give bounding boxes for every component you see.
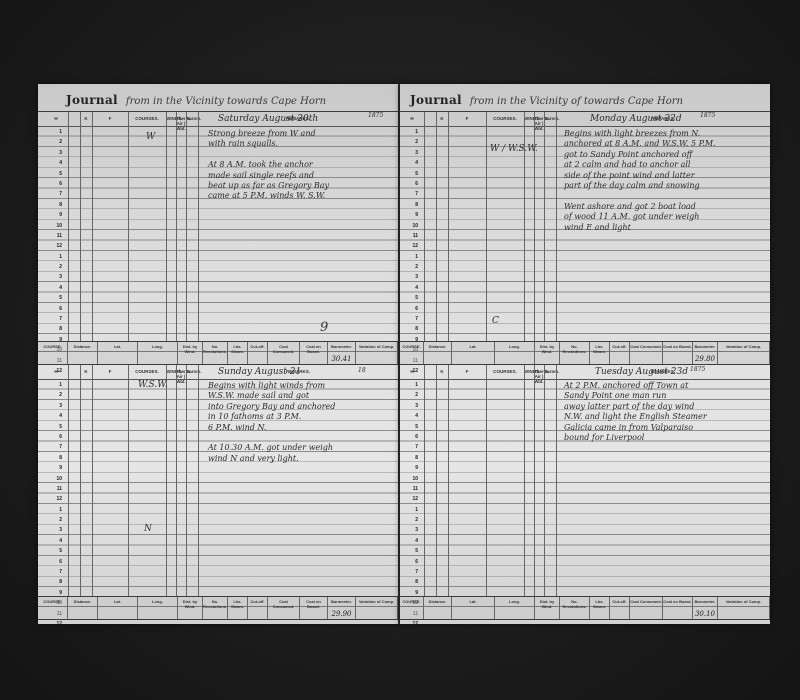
summary-label: Lbs. Steam. — [228, 599, 247, 609]
summary-cell: Distance. — [68, 342, 98, 364]
hour-label: 3 — [400, 524, 422, 534]
hour-label: 6 — [400, 431, 422, 441]
remark-line: 6 P.M. wind N. — [208, 423, 335, 433]
summary-cell: Coal on Board. — [663, 342, 693, 364]
hour-label: 3 — [38, 271, 66, 281]
remark-line: beat up as far as Gregory Bay — [208, 181, 329, 191]
hour-label: 3 — [38, 147, 66, 157]
summary-cell: Lat. — [452, 342, 495, 364]
column-divider — [198, 365, 199, 596]
summary-cell: Long. — [495, 342, 535, 364]
right-bottom-date: Tuesday August 23d — [595, 367, 688, 377]
remark-line — [208, 433, 335, 443]
hour-label: 6 — [38, 431, 66, 441]
hour-label: 2 — [400, 514, 422, 524]
hour-label: 7 — [400, 313, 422, 323]
left-bottom-wind-late: N — [144, 524, 152, 534]
left-bottom-date: Sunday August 21 — [218, 367, 301, 377]
hour-label: 8 — [400, 323, 422, 333]
column-header: H — [46, 116, 66, 121]
hour-label: 5 — [38, 421, 66, 431]
remark-line: bound for Liverpool — [564, 433, 707, 443]
column-header: WINDS. — [166, 369, 176, 374]
column-header: H — [46, 369, 66, 374]
hour-label: 2 — [38, 514, 66, 524]
column-divider — [186, 112, 187, 341]
hour-label: 8 — [400, 452, 422, 462]
column-header: K — [80, 369, 92, 374]
remark-line: At 10.30 A.M. got under weigh — [208, 443, 335, 453]
column-divider — [186, 365, 187, 596]
remark-line: anchored at 8 A.M. and W.S.W. 5 P.M. — [564, 139, 716, 149]
hour-label: 4 — [38, 410, 66, 420]
column-header-row: HKFCOURSES.WINDS.Therm. Air | Wat.Barom.… — [400, 365, 770, 380]
summary-label: Lat. — [98, 599, 137, 604]
hour-label: 5 — [400, 421, 422, 431]
hour-label: 10 — [38, 473, 66, 483]
hour-label: 8 — [38, 452, 66, 462]
column-header: WINDS. — [524, 116, 534, 121]
summary-cell: Cut-off. — [610, 597, 630, 619]
summary-cell: Lat. — [98, 342, 138, 364]
summary-cell: No. Revolutions. — [560, 597, 590, 619]
hour-label: 4 — [400, 410, 422, 420]
summary-cell: No. Revolutions. — [203, 597, 228, 619]
column-header: WINDS. — [524, 369, 534, 374]
summary-cell: Variation of Comp. — [718, 597, 770, 619]
column-header: COURSES. — [486, 369, 524, 374]
column-divider — [92, 112, 93, 341]
summary-cell: Coal Consumed. — [630, 342, 663, 364]
summary-label: Dist. by Wind. — [535, 344, 559, 354]
hour-label: 3 — [400, 400, 422, 410]
summary-label: COURSE. — [400, 344, 423, 349]
summary-value: 29.80 — [693, 355, 717, 363]
remark-line: Begins with light breezes from N. — [564, 129, 716, 139]
summary-label: Lbs. Steam. — [228, 344, 247, 354]
remark-line — [208, 150, 329, 160]
hour-label: 5 — [400, 292, 422, 302]
right-top-remarks: Begins with light breezes from N.anchore… — [564, 129, 716, 233]
column-divider — [68, 365, 69, 596]
remark-line — [564, 191, 716, 201]
remark-line: Galicia came in from Valparaiso — [564, 423, 707, 433]
summary-cell: Distance. — [424, 597, 452, 619]
left-top-summary-row: COURSE.Distance.Lat.Long.Dist. by Wind.N… — [38, 341, 398, 365]
left-bottom-wind: W.S.W. — [138, 380, 168, 390]
hour-label: 9 — [38, 209, 66, 219]
hour-column: 123456789101112123456789101112 — [400, 126, 422, 341]
hour-label: 2 — [400, 261, 422, 271]
column-divider — [80, 365, 81, 596]
summary-label: Coal on Board. — [663, 599, 692, 604]
hour-label: 4 — [38, 282, 66, 292]
hour-label: 6 — [38, 303, 66, 313]
remark-line: Strong breeze from W and — [208, 129, 329, 139]
hour-label: 11 — [400, 230, 422, 240]
hour-label: 7 — [38, 566, 66, 576]
remark-line: at 2 calm and had to anchor all — [564, 160, 716, 170]
summary-cell: COURSE. — [38, 342, 68, 364]
remark-line: got to Sandy Point anchored off — [564, 150, 716, 160]
summary-label: Lat. — [452, 599, 494, 604]
remark-line: N.W. and light the English Steamer — [564, 412, 707, 422]
right-top-date: Monday August 22d — [590, 114, 682, 124]
hour-label: 3 — [38, 400, 66, 410]
column-header: H — [402, 369, 422, 374]
summary-label: No. Revolutions. — [560, 344, 589, 354]
remark-line: into Gregory Bay and anchored — [208, 402, 335, 412]
summary-label: Barometer. — [328, 599, 355, 604]
remark-line: Sandy Point one man run — [564, 391, 707, 401]
hour-label: 7 — [400, 188, 422, 198]
summary-cell: Coal Consumed. — [268, 342, 300, 364]
remark-line: part of the day calm and snowing — [564, 181, 716, 191]
summary-label: Lat. — [98, 344, 137, 349]
column-divider — [80, 112, 81, 341]
hour-label: 12 — [38, 240, 66, 250]
summary-label: Coal Consumed. — [268, 599, 299, 609]
column-header: K — [80, 116, 92, 121]
hour-label: 9 — [38, 462, 66, 472]
column-divider — [556, 365, 557, 596]
column-header: Barom. — [544, 369, 556, 374]
summary-cell: Barometer.29.90 — [328, 597, 356, 619]
summary-cell: Cut-off. — [610, 342, 630, 364]
remark-line: Begins with light winds from — [208, 381, 335, 391]
summary-label: Long. — [138, 599, 177, 604]
hour-label: 5 — [400, 545, 422, 555]
column-header: WINDS. — [166, 116, 176, 121]
summary-value: 30.10 — [693, 610, 717, 618]
summary-label: Variation of Comp. — [718, 344, 769, 349]
summary-label: Distance. — [424, 344, 451, 349]
summary-label: Coal Consumed. — [268, 344, 299, 354]
remark-line: away latter part of the day wind — [564, 402, 707, 412]
hour-label: 7 — [38, 313, 66, 323]
summary-label: COURSE. — [38, 599, 67, 604]
hour-label: 1 — [400, 251, 422, 261]
summary-cell: COURSE. — [38, 597, 68, 619]
summary-cell: Lat. — [98, 597, 138, 619]
remark-line: wind E and light — [564, 223, 716, 233]
right-bottom-year: 1875 — [690, 366, 705, 373]
column-divider — [128, 112, 129, 341]
summary-cell: Cut-off. — [248, 597, 268, 619]
summary-label: Distance. — [68, 344, 97, 349]
hour-label: 11 — [38, 483, 66, 493]
hour-label: 4 — [400, 535, 422, 545]
hour-label: 12 — [400, 493, 422, 503]
summary-cell: Lat. — [452, 597, 495, 619]
summary-cell: Barometer.29.80 — [693, 342, 718, 364]
right-page: Journal from in the Vicinity of towards … — [400, 84, 770, 624]
column-header: K — [436, 369, 448, 374]
column-divider — [448, 112, 449, 341]
hour-label: 8 — [400, 576, 422, 586]
remark-line: W.S.W. made sail and got — [208, 391, 335, 401]
column-header: COURSES. — [128, 369, 166, 374]
column-header: Barom. — [186, 369, 198, 374]
summary-cell: Lbs. Steam. — [590, 342, 610, 364]
summary-cell: Coal on Board. — [663, 597, 693, 619]
hour-label: 8 — [38, 576, 66, 586]
summary-value: 29.90 — [328, 610, 355, 618]
column-divider — [448, 365, 449, 596]
column-divider — [176, 365, 177, 596]
hour-label: 12 — [38, 493, 66, 503]
hour-label: 9 — [400, 209, 422, 219]
column-divider — [424, 365, 425, 596]
summary-cell: Coal on Board. — [300, 342, 328, 364]
summary-label: Long. — [495, 344, 534, 349]
summary-cell: Variation of Comp. — [356, 342, 398, 364]
summary-cell: Distance. — [424, 342, 452, 364]
hour-label: 5 — [38, 292, 66, 302]
hour-label: 10 — [400, 220, 422, 230]
hour-label: 4 — [400, 282, 422, 292]
summary-label: No. Revolutions. — [560, 599, 589, 609]
summary-cell: Coal on Board. — [300, 597, 328, 619]
right-bottom-remarks: At 2 P.M. anchored off Town atSandy Poin… — [564, 381, 707, 443]
column-divider — [534, 365, 535, 596]
column-divider — [486, 365, 487, 596]
summary-label: Lat. — [452, 344, 494, 349]
hour-column: 123456789101112123456789101112 — [38, 126, 66, 341]
remark-line: wind N and very light. — [208, 454, 335, 464]
summary-cell: COURSE. — [400, 597, 424, 619]
hour-label: 3 — [400, 271, 422, 281]
summary-label: Variation of Comp. — [356, 344, 397, 349]
remark-line: Went ashore and got 2 boat load — [564, 202, 716, 212]
summary-label: Distance. — [68, 599, 97, 604]
column-header: K — [436, 116, 448, 121]
summary-label: Long. — [495, 599, 534, 604]
hour-label: 1 — [400, 504, 422, 514]
summary-cell: Long. — [495, 597, 535, 619]
left-bottom-remarks: Begins with light winds fromW.S.W. made … — [208, 381, 335, 464]
summary-label: No. Revolutions. — [203, 344, 227, 354]
summary-cell: Long. — [138, 597, 178, 619]
summary-value: 30.41 — [328, 355, 355, 363]
journal-title-handwritten: from in the Vicinity of towards Cape Hor… — [470, 96, 683, 107]
summary-label: Cut-off. — [248, 599, 267, 604]
hour-label: 8 — [38, 323, 66, 333]
summary-label: Barometer. — [693, 599, 717, 604]
hour-label: 8 — [38, 199, 66, 209]
hour-label: 1 — [400, 126, 422, 136]
hour-label: 11 — [400, 483, 422, 493]
column-divider — [486, 112, 487, 341]
summary-label: Variation of Comp. — [718, 599, 769, 604]
column-header: F — [92, 369, 128, 374]
summary-cell: Coal Consumed. — [268, 597, 300, 619]
remark-line: came at 5 P.M. winds W. S.W. — [208, 191, 329, 201]
right-bottom-summary-row: COURSE.Distance.Lat.Long.Dist. by Wind.N… — [400, 596, 770, 620]
hour-label: 2 — [38, 261, 66, 271]
hour-label: 2 — [400, 389, 422, 399]
hour-column: 123456789101112123456789101112 — [400, 379, 422, 596]
remark-line: At 2 P.M. anchored off Town at — [564, 381, 707, 391]
hour-label: 4 — [400, 157, 422, 167]
summary-label: Coal on Board. — [300, 344, 327, 354]
left-top-margin-mark: 9 — [320, 320, 328, 335]
hour-label: 1 — [400, 379, 422, 389]
hour-label: 1 — [38, 504, 66, 514]
column-divider — [424, 112, 425, 341]
column-divider — [544, 365, 545, 596]
hour-label: 6 — [400, 556, 422, 566]
summary-label: Barometer. — [328, 344, 355, 349]
summary-label: Cut-off. — [610, 344, 629, 349]
summary-cell: Variation of Comp. — [718, 342, 770, 364]
hour-label: 1 — [38, 126, 66, 136]
summary-label: Coal Consumed. — [630, 344, 662, 349]
hour-label: 6 — [38, 556, 66, 566]
hour-label: 2 — [38, 136, 66, 146]
column-header: F — [448, 369, 486, 374]
hour-label: 12 — [400, 240, 422, 250]
column-divider — [68, 112, 69, 341]
summary-label: Lbs. Steam. — [590, 599, 609, 609]
hour-label: 5 — [38, 168, 66, 178]
left-top-remarks: Strong breeze from W andwith rain squall… — [208, 129, 329, 202]
hour-label: 7 — [400, 566, 422, 576]
column-header: Barom. — [186, 116, 198, 121]
summary-label: Dist. by Wind. — [178, 344, 202, 354]
hour-label: 5 — [38, 545, 66, 555]
remark-line: made sail single reefs and — [208, 171, 329, 181]
hour-label: 7 — [38, 188, 66, 198]
summary-label: Coal Consumed. — [630, 599, 662, 604]
summary-label: Coal on Board. — [663, 344, 692, 349]
column-divider — [176, 112, 177, 341]
column-divider — [166, 365, 167, 596]
right-top-year: 1875 — [700, 112, 715, 119]
hour-label: 3 — [38, 524, 66, 534]
summary-cell: Lbs. Steam. — [228, 342, 248, 364]
left-bottom-year: 18 — [358, 367, 366, 374]
column-divider — [128, 365, 129, 596]
summary-label: Distance. — [424, 599, 451, 604]
hour-label: 6 — [400, 303, 422, 313]
right-top-wind: W / W.S.W. — [490, 144, 538, 154]
left-top-wind: W — [146, 132, 155, 142]
right-top-summary-row: COURSE.Distance.Lat.Long.Dist. by Wind.N… — [400, 341, 770, 365]
right-top-wind-late: C — [492, 316, 499, 326]
left-bottom-summary-row: COURSE.Distance.Lat.Long.Dist. by Wind.N… — [38, 596, 398, 620]
column-divider — [198, 112, 199, 341]
summary-cell: Variation of Comp. — [356, 597, 398, 619]
column-header: H — [402, 116, 422, 121]
hour-label: 4 — [38, 157, 66, 167]
left-top-year: 1875 — [368, 112, 383, 119]
hour-label: 7 — [38, 441, 66, 451]
left-page: Journal from in the Vicinity towards Cap… — [38, 84, 398, 624]
hour-label: 4 — [38, 535, 66, 545]
column-divider — [92, 365, 93, 596]
hour-label: 3 — [400, 147, 422, 157]
hour-label: 6 — [400, 178, 422, 188]
summary-label: COURSE. — [38, 344, 67, 349]
summary-cell: No. Revolutions. — [560, 342, 590, 364]
summary-cell: COURSE. — [400, 342, 424, 364]
hour-label: 1 — [38, 379, 66, 389]
summary-cell: Dist. by Wind. — [535, 597, 560, 619]
column-header: F — [448, 116, 486, 121]
hour-label: 7 — [400, 441, 422, 451]
remark-line: with rain squalls. — [208, 139, 329, 149]
column-divider — [544, 112, 545, 341]
hour-label: 2 — [38, 389, 66, 399]
summary-label: Coal on Board. — [300, 599, 327, 609]
hour-label: 8 — [400, 199, 422, 209]
summary-cell: Dist. by Wind. — [178, 342, 203, 364]
summary-cell: Barometer.30.41 — [328, 342, 356, 364]
remark-line: side of the point wind and latter — [564, 171, 716, 181]
column-divider — [556, 112, 557, 341]
remark-line: in 10 fathoms at 3 P.M. — [208, 412, 335, 422]
column-header: COURSES. — [128, 116, 166, 121]
summary-cell: Dist. by Wind. — [535, 342, 560, 364]
hour-label: 11 — [38, 230, 66, 240]
left-top-date: Saturday August 20th — [218, 114, 318, 124]
remark-line: At 8 A.M. took the anchor — [208, 160, 329, 170]
summary-label: Lbs. Steam. — [590, 344, 609, 354]
hour-label: 6 — [38, 178, 66, 188]
summary-label: COURSE. — [400, 599, 423, 604]
summary-label: Cut-off. — [610, 599, 629, 604]
right-page-title: Journal from in the Vicinity of towards … — [400, 84, 770, 112]
journal-title-label: Journal — [66, 93, 118, 107]
left-page-title: Journal from in the Vicinity towards Cap… — [38, 84, 398, 112]
summary-label: Barometer. — [693, 344, 717, 349]
column-header: Barom. — [544, 116, 556, 121]
hour-label: 5 — [400, 168, 422, 178]
column-divider — [524, 365, 525, 596]
summary-cell: Coal Consumed. — [630, 597, 663, 619]
hour-label: 1 — [38, 251, 66, 261]
hour-label: 2 — [400, 136, 422, 146]
summary-cell: Distance. — [68, 597, 98, 619]
hour-label: 10 — [400, 473, 422, 483]
column-divider — [436, 112, 437, 341]
summary-cell: Lbs. Steam. — [590, 597, 610, 619]
column-divider — [436, 365, 437, 596]
column-header: COURSES. — [486, 116, 524, 121]
summary-label: Dist. by Wind. — [535, 599, 559, 609]
summary-cell: Cut-off. — [248, 342, 268, 364]
column-header: F — [92, 116, 128, 121]
summary-label: Dist. by Wind. — [178, 599, 202, 609]
journal-title-label: Journal — [410, 93, 462, 107]
summary-cell: Long. — [138, 342, 178, 364]
summary-cell: Barometer.30.10 — [693, 597, 718, 619]
summary-cell: Lbs. Steam. — [228, 597, 248, 619]
remark-line: of wood 11 A.M. got under weigh — [564, 212, 716, 222]
hour-label: 9 — [400, 462, 422, 472]
summary-cell: Dist. by Wind. — [178, 597, 203, 619]
journal-title-handwritten: from in the Vicinity towards Cape Horn — [126, 96, 326, 107]
summary-cell: No. Revolutions. — [203, 342, 228, 364]
summary-label: Variation of Comp. — [356, 599, 397, 604]
hour-label: 10 — [38, 220, 66, 230]
summary-label: No. Revolutions. — [203, 599, 227, 609]
column-divider — [166, 112, 167, 341]
summary-label: Cut-off. — [248, 344, 267, 349]
summary-label: Long. — [138, 344, 177, 349]
hour-column: 123456789101112123456789101112 — [38, 379, 66, 596]
